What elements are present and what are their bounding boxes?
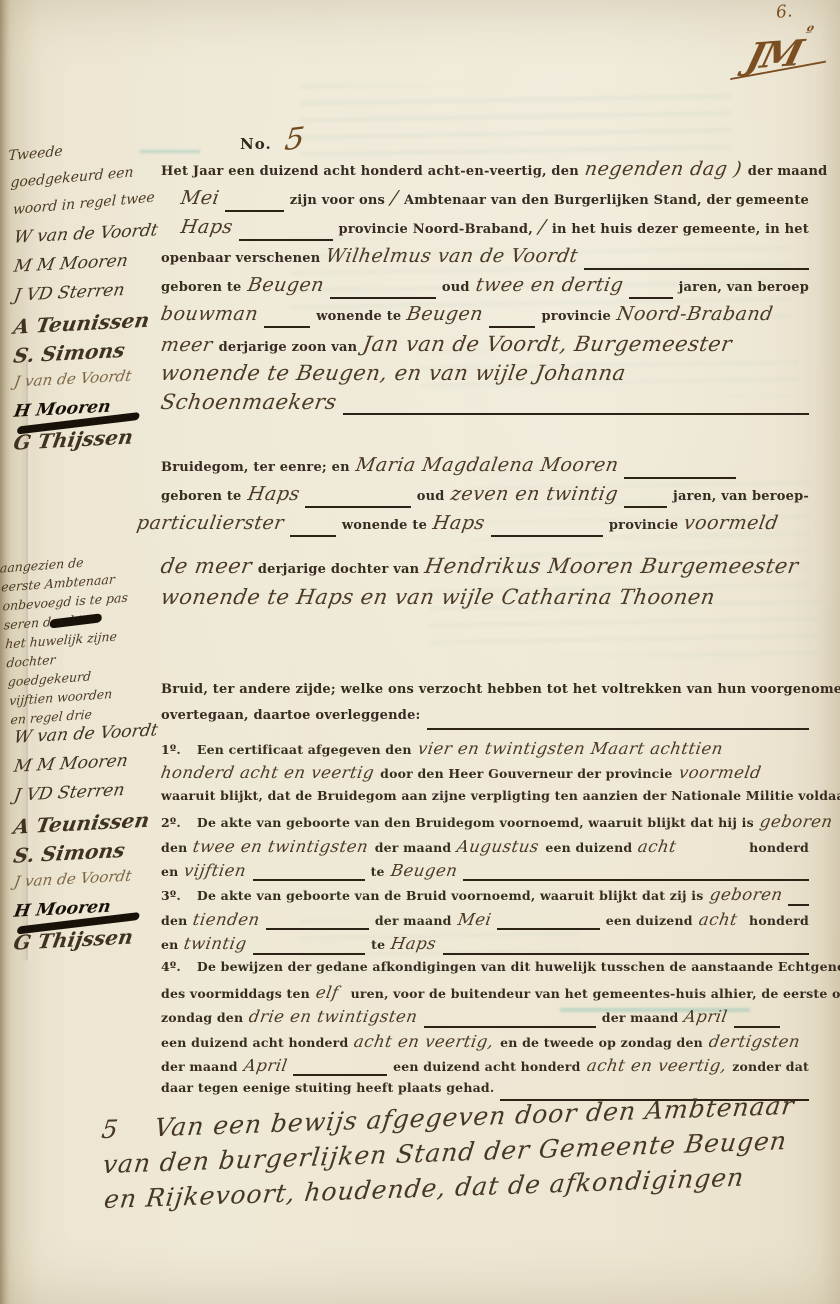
- body-line: des voormiddags tenelfuren, voor de buit…: [161, 983, 809, 1007]
- printed-segment: geboren te: [161, 280, 242, 295]
- ink-rule: [293, 1074, 387, 1076]
- ink-rule: [239, 239, 333, 241]
- written-segment: ∕: [537, 216, 547, 238]
- body-line: Meizijn voor ons∕Ambtenaar van den Burge…: [181, 187, 809, 216]
- written-segment: Augustus: [456, 837, 541, 856]
- printed-segment: een duizend: [606, 913, 693, 928]
- printed-segment: jaren, van beroep: [679, 280, 809, 295]
- printed-segment: Het Jaar een duizend acht honderd acht-e…: [161, 164, 579, 179]
- folio-number: 6.: [775, 1, 793, 23]
- body-line: dentwee en twintigstender maandAugustuse…: [161, 837, 809, 861]
- ink-rule: [290, 535, 336, 537]
- written-segment: April: [683, 1007, 729, 1026]
- written-segment: Haps: [246, 483, 301, 505]
- written-segment: ∕: [389, 187, 399, 209]
- printed-segment: Bruid, ter andere zijde; welke ons verzo…: [161, 682, 840, 697]
- written-segment: twee en dertig: [474, 274, 625, 296]
- written-segment: 5: [100, 1114, 120, 1144]
- printed-segment: provincie Noord-Braband,: [339, 222, 533, 237]
- written-segment: acht: [697, 910, 738, 929]
- ink-rule: [343, 413, 809, 415]
- ink-rule: [463, 879, 809, 881]
- ink-rule: [584, 268, 809, 270]
- written-segment: particulierster: [135, 512, 285, 534]
- printed-segment: Ambtenaar van den Burgerlijken Stand, de…: [404, 193, 809, 208]
- written-segment: acht en veertig,: [353, 1032, 496, 1051]
- printed-segment: zonder dat: [732, 1059, 809, 1074]
- written-segment: Haps: [431, 512, 486, 534]
- body-line: een duizend acht honderdacht en veertig,…: [161, 1032, 809, 1056]
- printed-segment: een duizend acht honderd: [161, 1035, 348, 1050]
- written-segment: Hendrikus Mooren Burgemeester: [423, 554, 800, 578]
- margin-approval-note: Tweedegoedgekeurd eenwoord in regel twee: [7, 136, 156, 229]
- written-segment: negenden dag ): [583, 158, 743, 180]
- printed-segment: en: [161, 937, 178, 952]
- margin-correction-note: aangezien deeerste Ambtenaaronbevoegd is…: [0, 552, 136, 731]
- ink-rule: [225, 210, 283, 212]
- printed-segment: zijn voor ons: [290, 193, 385, 208]
- body-line: geboren teHapsoudzeven en twintigjaren, …: [161, 483, 809, 512]
- written-segment: Jan van de Voordt, Burgemeester: [361, 332, 734, 356]
- written-segment: Beugen: [406, 303, 486, 325]
- printed-segment: in het huis dezer gemeente, in het: [552, 222, 809, 237]
- printed-segment: en: [161, 864, 178, 879]
- printed-segment: De akte van geboorte van den Bruidegom v…: [197, 815, 754, 830]
- body-line: Hapsprovincie Noord-Braband,∕in het huis…: [181, 216, 809, 245]
- printed-segment: den: [161, 840, 187, 855]
- written-segment: elf: [314, 983, 340, 1002]
- printed-segment: des voormiddags ten: [161, 986, 310, 1001]
- printed-segment: waaruit blijkt, dat de Bruidegom aan zij…: [161, 788, 840, 803]
- body-line: 4º.De bewijzen der gedane afkondigingen …: [161, 959, 809, 983]
- body-line: de meerderjarige dochter vanHendrikus Mo…: [161, 554, 809, 585]
- printed-segment: der maand: [161, 1059, 238, 1074]
- ink-rule: [427, 728, 809, 730]
- act-number-label: No.: [240, 135, 272, 153]
- ink-rule: [264, 326, 310, 328]
- act-number: No. 5: [240, 134, 304, 153]
- ink-rule: [489, 326, 535, 328]
- act-number-value: 5: [284, 134, 305, 147]
- written-segment: geboren: [708, 885, 784, 904]
- item-number: 4º.: [161, 959, 181, 974]
- body-line: envijftienteBeugen: [161, 861, 809, 885]
- body-line: overtegaan, daartoe overleggende:: [161, 708, 809, 734]
- printed-segment: der maand: [375, 840, 452, 855]
- witness-signature-list: W van de VoordtM M MoorenJ VD SterrenA T…: [14, 224, 156, 456]
- ink-rule: [330, 297, 436, 299]
- ink-rule: [734, 1026, 780, 1028]
- body-line: honderd acht en veertigdoor den Heer Gou…: [161, 763, 809, 787]
- written-segment: de meer: [159, 554, 254, 578]
- printed-segment: oud: [417, 489, 445, 504]
- printed-segment: daar tegen eenige stuiting heeft plaats …: [161, 1080, 494, 1095]
- written-segment: voormeld: [677, 763, 762, 782]
- ink-rule: [788, 904, 809, 906]
- body-line: particuliersterwonende teHapsprovincievo…: [137, 512, 809, 541]
- body-line: zondag dendrie en twintigstender maandAp…: [161, 1007, 809, 1031]
- witness-signature-list: W van de VoordtM M MoorenJ VD SterrenA T…: [14, 724, 156, 956]
- written-segment: vier en twintigsten Maart achttien: [416, 739, 724, 758]
- printed-segment: overtegaan, daartoe overleggende:: [161, 708, 421, 723]
- body-line: waaruit blijkt, dat de Bruidegom aan zij…: [161, 788, 809, 812]
- body-line: der maandAprileen duizend acht honderdac…: [161, 1056, 809, 1080]
- printed-segment: zondag den: [161, 1010, 243, 1025]
- printed-segment: een duizend: [545, 840, 632, 855]
- printed-segment: provincie: [541, 309, 610, 324]
- printed-segment: en de tweede op zondag den: [500, 1035, 703, 1050]
- printed-segment: provincie: [609, 518, 678, 533]
- item-number: 3º.: [161, 888, 181, 903]
- printed-segment: den: [161, 913, 187, 928]
- written-segment: Mei: [179, 187, 221, 209]
- printed-segment: te: [371, 864, 385, 879]
- body-line: bouwmanwonende teBeugenprovincieNoord-Br…: [161, 303, 809, 332]
- written-segment: Wilhelmus van de Voordt: [325, 245, 580, 267]
- printed-segment: wonende te: [342, 518, 427, 533]
- body-line: wonende te Haps en van wijle Catharina T…: [161, 585, 809, 616]
- written-segment: wonende te Haps en van wijle Catharina T…: [159, 585, 717, 609]
- body-block-items: 1º.Een certificaat afgegeven denvier en …: [161, 739, 809, 1105]
- body-line: meerderjarige zoon vanJan van de Voordt,…: [161, 332, 809, 361]
- body-block-request: Bruid, ter andere zijde; welke ons verzo…: [161, 682, 809, 734]
- ink-rule: [624, 506, 667, 508]
- written-segment: voormeld: [683, 512, 781, 534]
- item-number: 1º.: [161, 742, 181, 757]
- body-line: geboren teBeugenoudtwee en dertigjaren, …: [161, 274, 809, 303]
- written-segment: vijftien: [183, 861, 248, 880]
- printed-segment: der maand: [602, 1010, 679, 1025]
- body-line: Bruid, ter andere zijde; welke ons verzo…: [161, 682, 809, 708]
- body-line: 2º.De akte van geboorte van den Bruidego…: [161, 812, 809, 836]
- written-segment: geboren: [758, 812, 834, 831]
- printed-segment: te: [371, 937, 385, 952]
- printed-segment: door den Heer Gouverneur der provincie: [380, 766, 672, 781]
- printed-segment: wonende te: [316, 309, 401, 324]
- ink-rule: [497, 928, 600, 930]
- body-line: entwintigteHaps: [161, 934, 809, 958]
- printed-segment: derjarige zoon van: [219, 340, 358, 355]
- ink-rule: [491, 535, 603, 537]
- written-segment: Noord-Braband: [615, 303, 774, 325]
- ink-rule: [424, 1026, 596, 1028]
- printed-segment: der maand: [748, 164, 828, 179]
- body-line: wonende te Beugen, en van wijle Johanna: [161, 361, 809, 390]
- printed-segment: openbaar verschenen: [161, 251, 320, 266]
- body-line: Bruidegom, ter eenre; enMaria Magdalena …: [161, 454, 809, 483]
- printed-segment: honderd: [749, 913, 809, 928]
- body-block-bride: Bruidegom, ter eenre; enMaria Magdalena …: [161, 454, 809, 541]
- printed-segment: derjarige dochter van: [258, 562, 419, 577]
- body-line: openbaar verschenenWilhelmus van de Voor…: [161, 245, 809, 274]
- body-block-parents: de meerderjarige dochter vanHendrikus Mo…: [161, 554, 809, 616]
- printed-segment: Een certificaat afgegeven den: [197, 742, 412, 757]
- ink-rule: [253, 879, 365, 881]
- show-through-ghost: [300, 85, 730, 155]
- written-segment: Maria Magdalena Mooren: [354, 454, 620, 476]
- printed-segment: der maand: [375, 913, 452, 928]
- written-segment: Mei: [456, 910, 492, 929]
- body-blocks: Het Jaar een duizend acht honderd acht-e…: [161, 158, 809, 1220]
- ink-rule: [624, 477, 736, 479]
- printed-segment: jaren, van beroep-: [673, 489, 809, 504]
- written-segment: wonende te Beugen, en van wijle Johanna: [159, 361, 628, 385]
- ink-rule: [629, 297, 673, 299]
- body-block-opening: Het Jaar een duizend acht honderd acht-e…: [161, 158, 809, 419]
- ink-rule: [266, 928, 369, 930]
- printed-segment: De akte van geboorte van de Bruid voorno…: [197, 888, 704, 903]
- registrar-monogram: JM: [742, 32, 805, 77]
- written-segment: tienden: [192, 910, 262, 929]
- body-line: 1º.Een certificaat afgegeven denvier en …: [161, 739, 809, 763]
- written-segment: April: [242, 1056, 288, 1075]
- written-segment: meer: [159, 334, 214, 356]
- item-number: 2º.: [161, 815, 181, 830]
- printed-segment: De bewijzen der gedane afkondigingen van…: [197, 959, 840, 974]
- written-segment: Beugen: [246, 274, 326, 296]
- written-segment: Beugen: [389, 861, 458, 880]
- written-segment: Haps: [179, 216, 234, 238]
- printed-segment: oud: [442, 280, 470, 295]
- body-line: dentiendender maandMeieen duizendachthon…: [161, 910, 809, 934]
- marriage-act-page: 6. JM No. 5 Tweedegoedgekeurd eenwoord i…: [0, 0, 840, 1304]
- written-segment: twee en twintigsten: [192, 837, 370, 856]
- ink-rule: [253, 953, 365, 955]
- written-segment: twintig: [183, 934, 249, 953]
- ink-rule: [305, 506, 410, 508]
- written-segment: zeven en twintig: [449, 483, 620, 505]
- printed-segment: honderd: [749, 840, 809, 855]
- written-segment: bouwman: [159, 303, 260, 325]
- printed-segment: Bruidegom, ter eenre; en: [161, 460, 350, 475]
- body-line: 3º.De akte van geboorte van de Bruid voo…: [161, 885, 809, 909]
- written-segment: dertigsten: [707, 1032, 801, 1051]
- ink-rule: [443, 953, 810, 955]
- written-segment: drie en twintigsten: [248, 1007, 420, 1026]
- body-line: Schoenmaekers: [161, 390, 809, 419]
- body-block-handnote: 5Van een bewijs afgegeven door den Ambte…: [101, 1090, 808, 1220]
- written-segment: Schoenmaekers: [159, 390, 338, 414]
- printed-segment: een duizend acht honderd: [393, 1059, 580, 1074]
- written-segment: acht: [637, 837, 678, 856]
- written-segment: Haps: [390, 934, 438, 953]
- written-segment: acht en veertig,: [585, 1056, 728, 1075]
- printed-segment: geboren te: [161, 489, 242, 504]
- printed-segment: uren, voor de buitendeur van het gemeent…: [351, 986, 840, 1001]
- written-segment: honderd acht en veertig: [159, 763, 375, 782]
- body-line: Het Jaar een duizend acht honderd acht-e…: [161, 158, 809, 187]
